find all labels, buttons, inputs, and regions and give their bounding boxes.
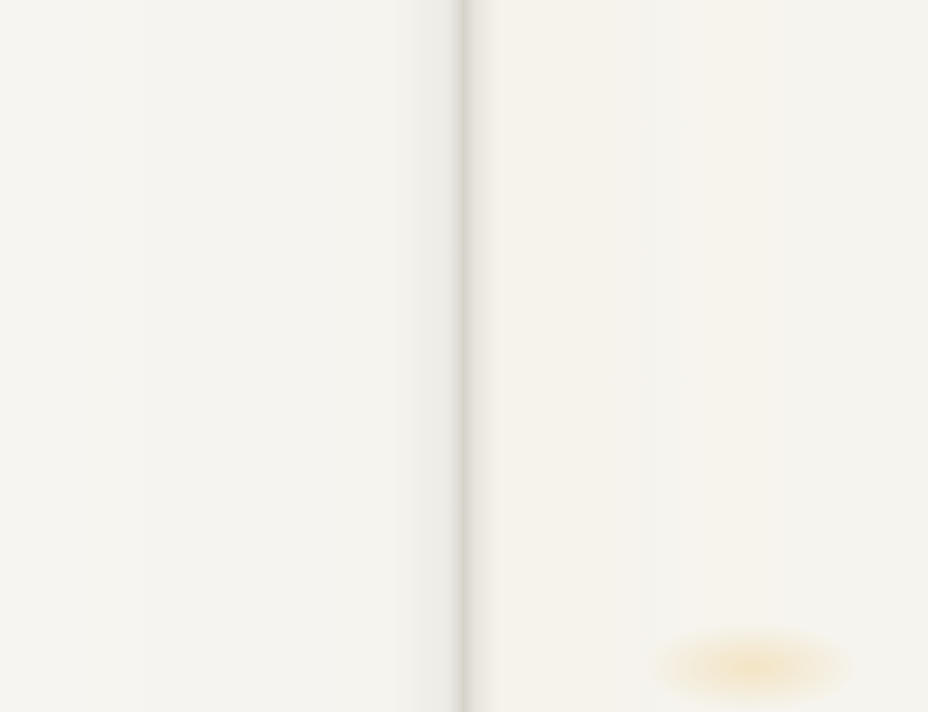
left-page: [0, 0, 462, 712]
left-running-head: [0, 27, 462, 45]
right-page: [462, 0, 928, 712]
book-spread: [0, 0, 928, 712]
right-running-head: [462, 27, 928, 45]
left-page-body: [38, 63, 402, 75]
